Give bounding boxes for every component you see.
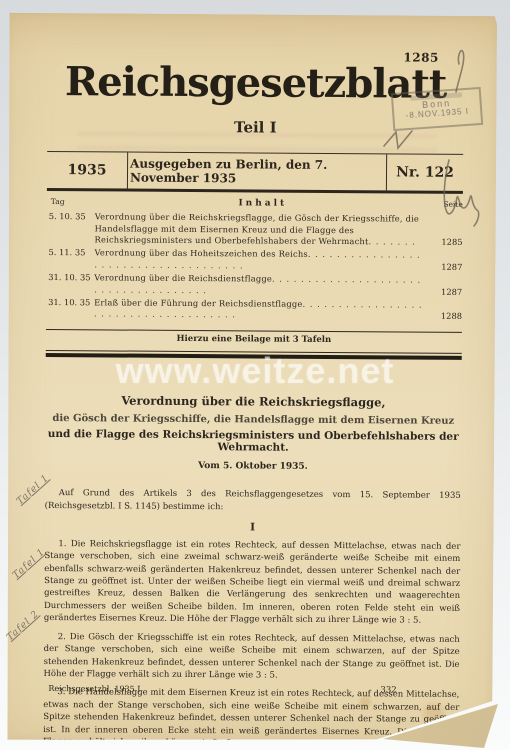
toc-row-title-text: Erlaß über die Führung der Reichsdienstf…: [94, 297, 303, 308]
toc-row-page: 1287: [428, 262, 462, 274]
supplement-note: Hierzu eine Beilage mit 3 Tafeln: [46, 333, 462, 346]
decree-title-line3: und die Flagge des Reichskriegsministers…: [45, 428, 461, 455]
toc-row: 31. 10. 35 Verordnung über die Reichsdie…: [46, 272, 462, 298]
decree-intro: Auf Grund des Artikels 3 des Reichsflagg…: [45, 487, 461, 516]
toc-row-page: 1288: [428, 311, 462, 323]
decree-paragraph-3: 3. Die Handelsflagge mit dem Eisernen Kr…: [43, 686, 459, 750]
decree-title-line1: Verordnung über die Reichskriegsflagge,: [45, 393, 461, 410]
decree-paragraph-1: 1. Die Reichskriegsflagge ist ein rotes …: [44, 538, 461, 628]
issue-number: Nr. 122: [387, 154, 463, 191]
toc-row-date: 5. 11. 35: [46, 247, 94, 271]
toc-row-title: Verordnung über die Reichsdienstflagge: [94, 272, 428, 298]
toc-row-title: Verordnung über die Reichskriegsflagge, …: [95, 211, 429, 248]
toc-row-page: 1287: [428, 286, 462, 298]
toc-row: 5. 10. 35 Verordnung über die Reichskrie…: [47, 211, 463, 249]
toc-row-date: 31. 10. 35: [46, 272, 94, 296]
toc-col-day: Tag: [47, 197, 97, 206]
toc-row-title: Erlaß über die Führung der Reichsdienstf…: [94, 297, 428, 323]
decree-date: Vom 5. Oktober 1935.: [45, 460, 461, 473]
decree-title-line2: die Gösch der Kriegsschiffe, die Handels…: [45, 413, 461, 427]
toc-row: 31. 10. 35 Erlaß über die Führung der Re…: [46, 297, 462, 323]
photo-scene: 1285 Reichsgesetzblatt Teil I 1935 Ausge…: [0, 0, 510, 750]
toc-table: 5. 10. 35 Verordnung über die Reichskrie…: [46, 211, 463, 323]
decree-paragraph-2: 2. Die Gösch der Kriegsschiffe ist ein r…: [43, 631, 459, 684]
dot-leader: [368, 236, 415, 246]
toc-row-date: 31. 10. 35: [46, 297, 94, 321]
section-numeral: I: [45, 520, 461, 535]
issue-year: 1935: [47, 152, 127, 189]
toc-row-date: 5. 10. 35: [47, 211, 95, 246]
toc-row-title-text: Verordnung über die Reichsdienstflagge: [94, 272, 272, 283]
separator-rule-thick: [46, 353, 462, 360]
separator-rule: [46, 329, 462, 333]
issue-published: Ausgegeben zu Berlin, den 7. November 19…: [127, 153, 387, 191]
toc-col-title: Inhalt: [97, 197, 429, 209]
toc-col-page: Seite: [429, 200, 463, 209]
receipt-stamp: Bonn -8.NOV.1935 I: [391, 87, 483, 131]
toc-header: Tag Inhalt Seite: [47, 197, 463, 210]
toc-row-page: 1285: [429, 237, 463, 249]
footer-sheet-number: 332: [380, 685, 396, 695]
toc-row: 5. 11. 35 Verordnung über das Hoheitszei…: [46, 247, 462, 273]
toc-row-title-text: Verordnung über das Hoheitszeichen des R…: [94, 248, 307, 259]
footer-signature: Reichsgesetzbl. 1935 I: [48, 684, 140, 694]
issue-bar: 1935 Ausgegeben zu Berlin, den 7. Novemb…: [47, 151, 463, 194]
toc-row-title: Verordnung über das Hoheitszeichen des R…: [94, 248, 428, 274]
